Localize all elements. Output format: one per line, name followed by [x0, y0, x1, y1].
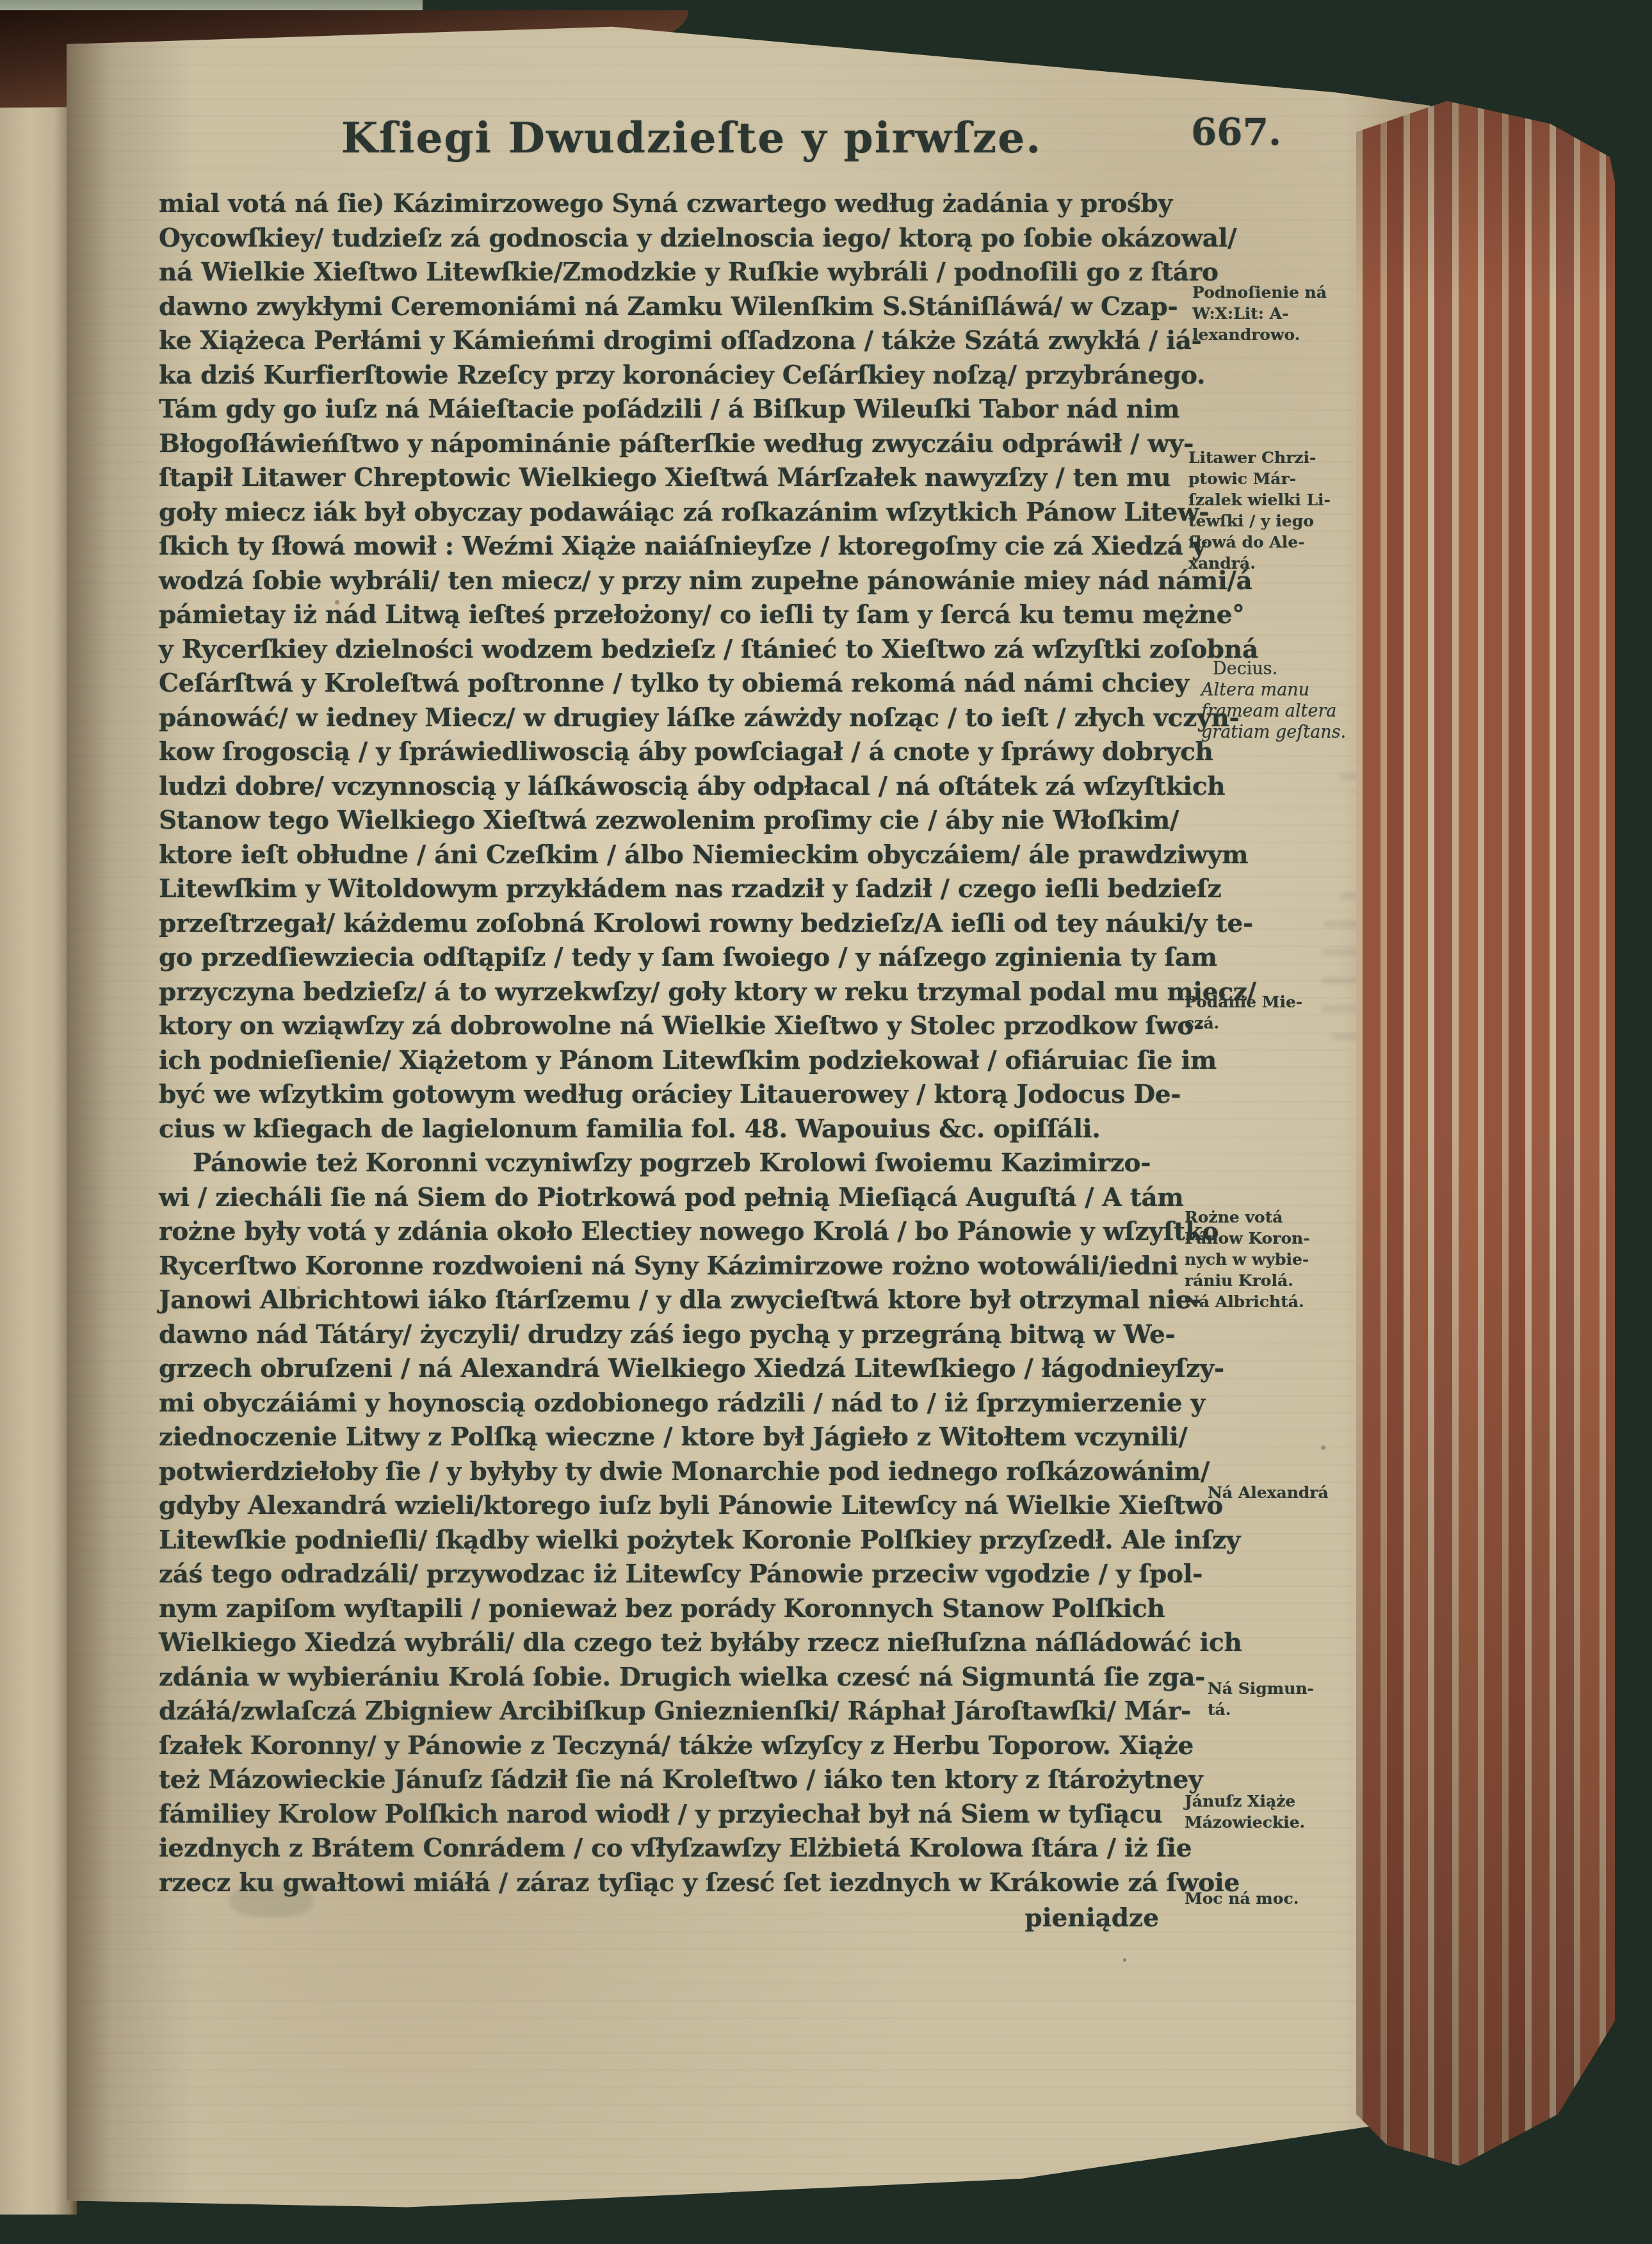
body-text-line: też Mázowieckie Jánuſz ſádził ſie ná Kro… [159, 1763, 1193, 1798]
body-text-line: zdánia w wybierániu Krolá ſobie. Drugich… [159, 1661, 1193, 1695]
margin-note-line: Decius. [1201, 658, 1368, 679]
margin-note-line: Litawer Chrzi- [1188, 447, 1355, 468]
body-text-line: goły miecz iák był obyczay podawáiąc zá … [159, 496, 1193, 530]
body-text-line: Stanow tego Wielkiego Xieſtwá zezwolenim… [159, 804, 1193, 838]
margin-note-line: lexandrowo. [1192, 324, 1359, 345]
running-title: Kſiegi Dwudzieſte y pirwſze. [333, 113, 1050, 163]
body-text-line: Błogoſłáwieńſtwo y nápominánie páſterſki… [159, 427, 1193, 462]
body-text-line: Litewſkie podnieſli/ ſkądby wielki pożyt… [159, 1524, 1193, 1558]
margin-note-line: tá. [1208, 1699, 1374, 1720]
body-text-line: iezdnych z Brátem Conrádem / co vſłyſzaw… [159, 1832, 1193, 1866]
margin-note-line: Ná Sigmun- [1208, 1678, 1374, 1699]
margin-note: Litawer Chrzi-ptowic Már-ſzalek wielki L… [1188, 447, 1355, 574]
margin-note-line: Altera manu [1201, 679, 1368, 701]
body-text-line: dawno nád Tátáry/ życzyli/ drudzy záś ie… [159, 1318, 1193, 1353]
margin-note: Podánie Mie-czá. [1185, 991, 1351, 1034]
body-text-line: mial votá ná ſie) Kázimirzowego Syná czw… [159, 187, 1193, 222]
margin-note: Ná Sigmun-tá. [1208, 1678, 1374, 1720]
margin-note: Moc ná moc. [1185, 1888, 1351, 1909]
margin-note-line: tewſki / y iego [1188, 510, 1355, 532]
body-text-line: gdyby Alexandrá wzieli/ktorego iuſz byli… [159, 1489, 1193, 1524]
body-text-line: wodzá ſobie wybráli/ ten miecz/ y przy n… [159, 564, 1193, 599]
body-text-line: dawno zwykłymi Ceremoniámi ná Zamku Wile… [159, 290, 1193, 325]
body-text-line: Pánowie też Koronni vczyniwſzy pogrzeb K… [159, 1146, 1193, 1181]
body-text-line: ſkich ty ſłowá mowił : Weźmi Xiąże naiáſ… [159, 530, 1193, 564]
body-text-line: nym zapiſom wyſtapili / ponieważ bez por… [159, 1592, 1193, 1627]
margin-note-line: Moc ná moc. [1185, 1888, 1351, 1909]
body-text-line: potwierdziełoby ſie / y byłyby ty dwie M… [159, 1455, 1193, 1490]
margin-note-line: nych w wybie- [1185, 1249, 1351, 1270]
body-text-line: rzecz ku gwałtowi miáłá / záraz tyſiąc y… [159, 1866, 1193, 1901]
body-text-line: Wielkiego Xiedzá wybráli/ dla czego też … [159, 1626, 1193, 1661]
body-text-line: przyczyna bedzieſz/ á to wyrzekwſzy/ goł… [159, 975, 1193, 1010]
body-text-line: ktory on wziąwſzy zá dobrowolne ná Wielk… [159, 1009, 1193, 1044]
body-text-line: dzáłá/zwlaſczá Zbigniew Arcibiſkup Gniez… [159, 1695, 1193, 1729]
margin-note: Decius.Altera manuframeam alteragratiam … [1201, 658, 1368, 743]
body-text-line: Janowi Albrichtowi iáko ſtárſzemu / y dl… [159, 1283, 1193, 1318]
body-text-block: mial votá ná ſie) Kázimirzowego Syná czw… [159, 187, 1193, 1900]
margin-note-line: xandrá. [1188, 553, 1355, 574]
body-text-line: fámiliey Krolow Polſkich narod wiodł / y… [159, 1798, 1193, 1832]
body-text-line: ziednoczenie Litwy z Polſką wieczne / kt… [159, 1420, 1193, 1455]
margin-note-line: ſłowá do Ale- [1188, 532, 1355, 553]
margin-note: Ná Alexandrá [1208, 1482, 1374, 1503]
body-text-line: grzech obruſzeni / ná Alexandrá Wielkieg… [159, 1352, 1193, 1386]
margin-note-line: Ná Albrichtá. [1185, 1291, 1351, 1312]
margin-note-line: gratiam geſtans. [1201, 722, 1368, 743]
body-text-line: Ceſárſtwá y Kroleſtwá poſtronne / tylko … [159, 667, 1193, 701]
body-text-line: cius w kſiegach de lagielonum familia fo… [159, 1112, 1193, 1147]
margin-note-line: Rożne votá [1185, 1207, 1351, 1228]
body-text-line: wi / ziecháli ſie ná Siem do Piotrkowá p… [159, 1181, 1193, 1215]
body-text-line: ludzi dobre/ vczynnoscią y láſkáwoscią á… [159, 770, 1193, 804]
margin-note: Podnoſienie náW:X:Lit: A-lexandrowo. [1192, 282, 1359, 345]
margin-note-line: frameam altera [1201, 701, 1368, 722]
margin-note-line: ſzalek wielki Li- [1188, 489, 1355, 510]
margin-note-line: czá. [1185, 1012, 1351, 1034]
body-text-line: y Rycerſkiey dzielności wodzem bedzieſz … [159, 633, 1193, 667]
margin-note-line: rániu Krolá. [1185, 1270, 1351, 1291]
body-text-line: Rycerſtwo Koronne rozdwoieni ná Syny Káz… [159, 1249, 1193, 1284]
body-text-line: ka dziś Kurfierſtowie Rzeſcy przy koroná… [159, 359, 1193, 393]
margin-note-line: W:X:Lit: A- [1192, 303, 1359, 324]
margin-note-line: Podánie Mie- [1185, 991, 1351, 1012]
margin-note-line: Mázowieckie. [1185, 1812, 1351, 1833]
body-text-line: pámietay iż nád Litwą ieſteś przełożony/… [159, 598, 1193, 633]
body-text-line: mi obyczáiámi y hoynoscią ozdobionego rá… [159, 1386, 1193, 1421]
body-text-line: záś tego odradzáli/ przywodzac iż Litewſ… [159, 1557, 1193, 1592]
body-text-line: przeſtrzegał/ káżdemu zoſobná Krolowi ro… [159, 907, 1193, 941]
body-text-line: kow ſrogoscią / y ſpráwiedliwoscią áby p… [159, 735, 1193, 770]
margin-note: Rożne votáPánow Koron-nych w wybie-rániu… [1185, 1207, 1351, 1312]
body-text-line: ke Xiążeca Perłámi y Kámieńmi drogimi oſ… [159, 324, 1193, 359]
margin-note-line: Podnoſienie ná [1192, 282, 1359, 303]
body-text-line: Tám gdy go iuſz ná Máieſtacie poſádzili … [159, 393, 1193, 427]
body-text-line: go przedſiewziecia odſtąpiſz / tedy y ſa… [159, 941, 1193, 975]
margin-note: Jánuſz XiążeMázowieckie. [1185, 1791, 1351, 1833]
body-text-line: ná Wielkie Xieſtwo Litewſkie/Zmodzkie y … [159, 256, 1193, 290]
body-text-line: rożne były votá y zdánia około Electiey … [159, 1215, 1193, 1249]
body-text-line: pánowáć/ w iedney Miecz/ w drugiey láſke… [159, 701, 1193, 736]
fore-edge-page-stack [1356, 95, 1615, 2166]
body-text-line: ich podnieſienie/ Xiążetom y Pánom Litew… [159, 1044, 1193, 1078]
body-text-line: Litewſkim y Witoldowym przykłádem nas rz… [159, 872, 1193, 907]
body-text-line: być we wſzytkim gotowym według oráciey L… [159, 1078, 1193, 1112]
margin-note-line: Ná Alexandrá [1208, 1482, 1374, 1503]
catchword: pieniądze [800, 1903, 1159, 1933]
page-number: 667. [1191, 110, 1281, 154]
margin-note-line: ptowic Már- [1188, 468, 1355, 489]
body-text-line: ſtapił Litawer Chreptowic Wielkiego Xieſ… [159, 461, 1193, 496]
body-text-line: ſzałek Koronny/ y Pánowie z Teczyná/ ták… [159, 1729, 1193, 1764]
adjacent-page-gutter [0, 17, 77, 2215]
body-text-line: ktore ieſt obłudne / áni Czeſkim / álbo … [159, 838, 1193, 873]
body-text-line: Oycowſkiey/ tudzieſz zá godnoscia y dzie… [159, 222, 1193, 256]
margin-note-line: Pánow Koron- [1185, 1228, 1351, 1249]
margin-note-line: Jánuſz Xiąże [1185, 1791, 1351, 1812]
